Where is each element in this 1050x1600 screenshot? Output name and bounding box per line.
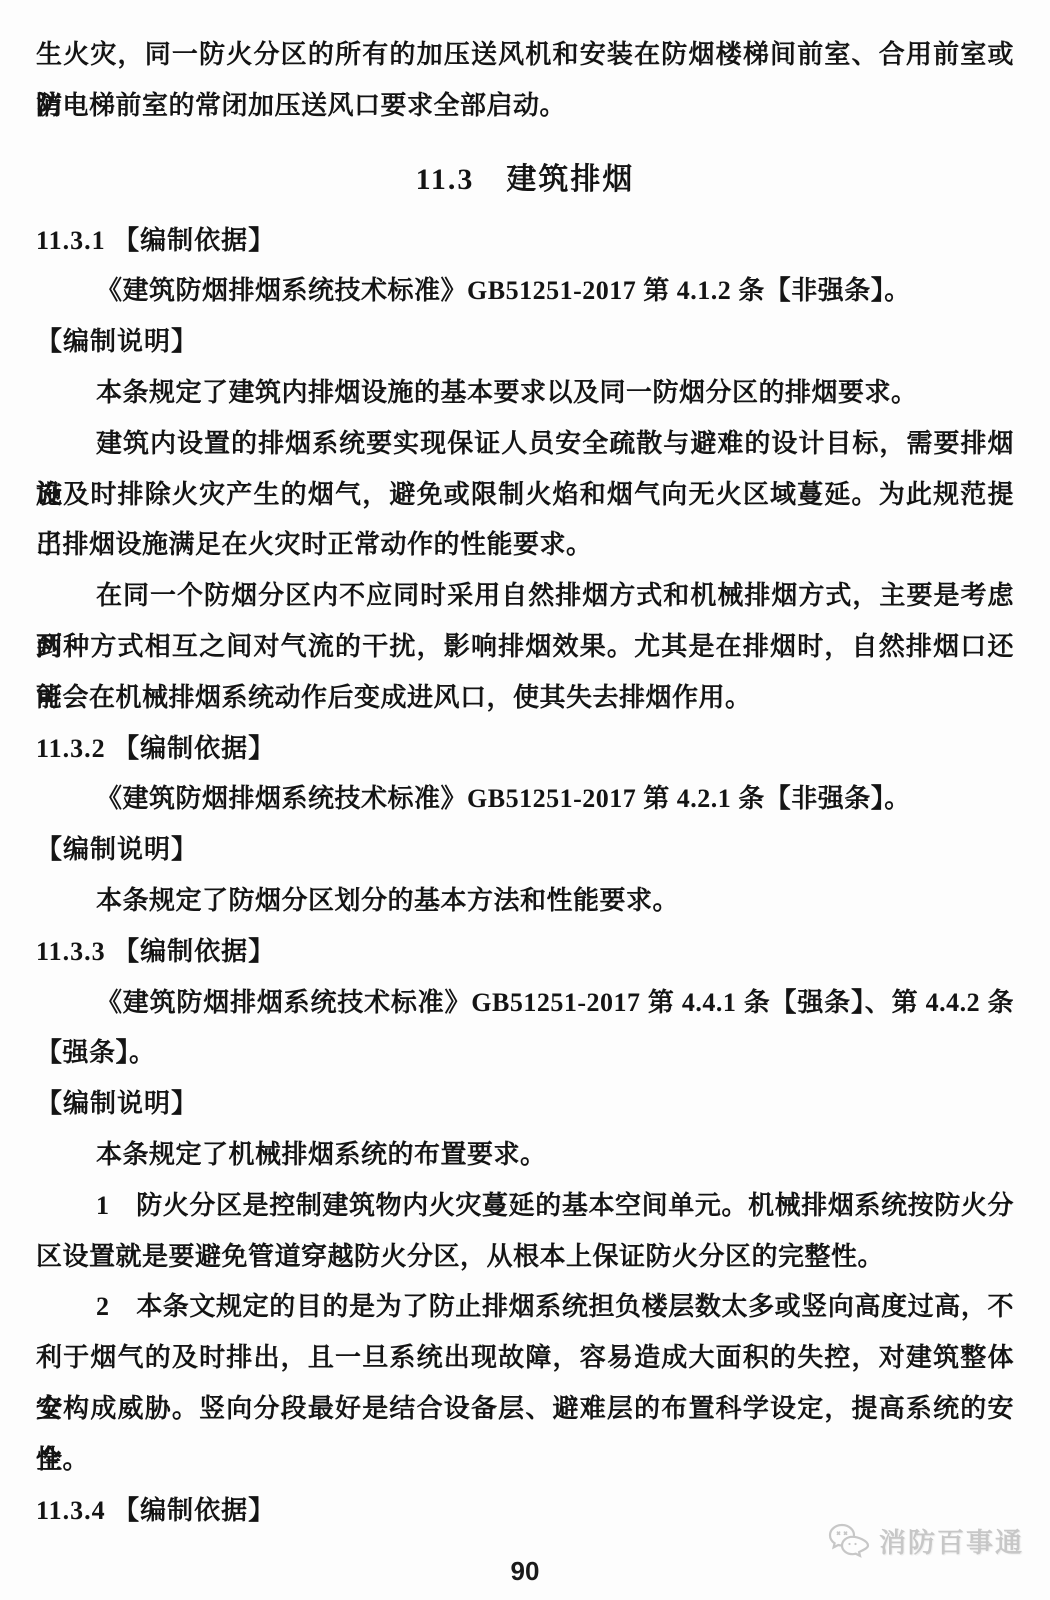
text-line: 《建筑防烟排烟系统技术标准》GB51251-2017 第 4.4.1 条【强条】… [36, 978, 1014, 1029]
clause-label-line: 【编制说明】 [36, 825, 1014, 876]
text-line: 能会在机械排烟系统动作后变成进风口，使其失去排烟作用。 [36, 673, 1014, 724]
wechat-chat-bubbles-icon [827, 1520, 871, 1560]
text-line: 区设置就是要避免管道穿越防火分区，从根本上保证防火分区的完整性。 [36, 1232, 1014, 1283]
text-line: 建筑内设置的排烟系统要实现保证人员安全疏散与避难的设计目标，需要排烟设 [36, 419, 1014, 470]
section-heading: 11.3 建筑排烟 [36, 152, 1014, 208]
text-line: 利于烟气的及时排出，且一旦系统出现故障，容易造成大面积的失控，对建筑整体安 [36, 1333, 1014, 1384]
text-line: 在同一个防烟分区内不应同时采用自然排烟方式和机械排烟方式，主要是考虑到 [36, 571, 1014, 622]
clause-label-line: 【编制说明】 [36, 317, 1014, 368]
text-line: 【强条】。 [36, 1028, 1014, 1079]
text-line: 本条规定了机械排烟系统的布置要求。 [36, 1130, 1014, 1181]
text-line: 了排烟设施满足在火灾时正常动作的性能要求。 [36, 520, 1014, 571]
text-line: 《建筑防烟排烟系统技术标准》GB51251-2017 第 4.1.2 条【非强条… [36, 266, 1014, 317]
watermark: 消防百事通 [827, 1520, 1024, 1560]
page-number: 90 [0, 1556, 1050, 1587]
text-line: 本条规定了建筑内排烟设施的基本要求以及同一防烟分区的排烟要求。 [36, 368, 1014, 419]
text-line: 生火灾，同一防火分区的所有的加压送风机和安装在防烟楼梯间前室、合用前室或消 [36, 30, 1014, 81]
clause-label-line: 11.3.2 【编制依据】 [36, 724, 1014, 775]
document-page: 生火灾，同一防火分区的所有的加压送风机和安装在防烟楼梯间前室、合用前室或消防电梯… [0, 0, 1050, 1600]
text-line: 本条规定了防烟分区划分的基本方法和性能要求。 [36, 876, 1014, 927]
text-line: 两种方式相互之间对气流的干扰，影响排烟效果。尤其是在排烟时，自然排烟口还可 [36, 622, 1014, 673]
text-line: 《建筑防烟排烟系统技术标准》GB51251-2017 第 4.2.1 条【非强条… [36, 774, 1014, 825]
clause-label-line: 11.3.3 【编制依据】 [36, 927, 1014, 978]
text-line: 防电梯前室的常闭加压送风口要求全部启动。 [36, 81, 1014, 132]
clause-label-line: 11.3.1 【编制依据】 [36, 216, 1014, 267]
document-body: 生火灾，同一防火分区的所有的加压送风机和安装在防烟楼梯间前室、合用前室或消防电梯… [36, 30, 1014, 1536]
clause-label-line: 【编制说明】 [36, 1079, 1014, 1130]
text-line: 1 防火分区是控制建筑物内火灾蔓延的基本空间单元。机械排烟系统按防火分 [36, 1181, 1014, 1232]
text-line: 2 本条文规定的目的是为了防止排烟系统担负楼层数太多或竖向高度过高，不 [36, 1282, 1014, 1333]
watermark-text: 消防百事通 [879, 1521, 1024, 1560]
text-line: 性。 [36, 1435, 1014, 1486]
text-line: 施及时排除火灾产生的烟气，避免或限制火焰和烟气向无火区域蔓延。为此规范提出 [36, 470, 1014, 521]
text-line: 全构成威胁。竖向分段最好是结合设备层、避难层的布置科学设定，提高系统的安全 [36, 1384, 1014, 1435]
